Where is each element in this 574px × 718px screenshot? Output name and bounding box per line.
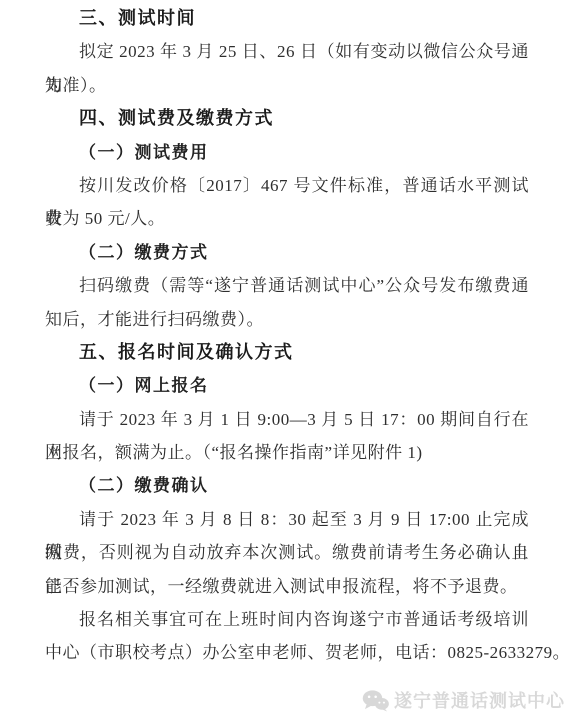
document-page: { "page": { "background": "#ffffff", "bo… xyxy=(0,0,574,718)
section-heading-line: 五、报名时间及确认方式 xyxy=(45,336,529,369)
paragraph-line: 中心（市职校考点）办公室申老师、贺老师，电话：0825-2633279。 xyxy=(45,636,529,669)
watermark: 遂宁普通话测试中心 xyxy=(362,686,565,714)
paragraph-line: 能否参加测试，一经缴费就进入测试申报流程，将不予退费。 xyxy=(45,570,529,603)
section-heading-line: 三、测试时间 xyxy=(45,2,529,35)
paragraph-line: 费为 50 元/人。 xyxy=(45,202,529,235)
sub-heading-line: （二）缴费确认 xyxy=(45,469,529,502)
sub-heading-line: （二）缴费方式 xyxy=(45,236,529,269)
sub-heading-line: （一）网上报名 xyxy=(45,369,529,402)
paragraph-line: 请于 2023 年 3 月 8 日 8：30 起至 3 月 9 日 17:00 … xyxy=(45,503,529,536)
sub-heading-line: （一）测试费用 xyxy=(45,136,529,169)
paragraph-line: 扫码缴费（需等“遂宁普通话测试中心”公众号发布缴费通 xyxy=(45,269,529,302)
paragraph-line: 为准）。 xyxy=(45,69,529,102)
paragraph-line: 知后，才能进行扫码缴费）。 xyxy=(45,303,529,336)
paragraph-line: 缴费，否则视为自动放弃本次测试。缴费前请考生务必确认自己 xyxy=(45,536,529,569)
paragraph-line: 报名相关事宜可在上班时间内咨询遂宁市普通话考级培训 xyxy=(45,603,529,636)
document-body: 三、测试时间拟定 2023 年 3 月 25 日、26 日（如有变动以微信公众号… xyxy=(45,2,529,670)
section-heading-line: 四、测试费及缴费方式 xyxy=(45,102,529,135)
paragraph-line: 上报名，额满为止。（“报名操作指南”详见附件 1) xyxy=(45,436,529,469)
watermark-label: 遂宁普通话测试中心 xyxy=(394,687,565,713)
wechat-logo-icon xyxy=(362,689,389,712)
paragraph-line: 拟定 2023 年 3 月 25 日、26 日（如有变动以微信公众号通知 xyxy=(45,35,529,68)
paragraph-line: 按川发改价格〔2017〕467 号文件标准，普通话水平测试收 xyxy=(45,169,529,202)
paragraph-line: 请于 2023 年 3 月 1 日 9:00—3 月 5 日 17：00 期间自… xyxy=(45,403,529,436)
